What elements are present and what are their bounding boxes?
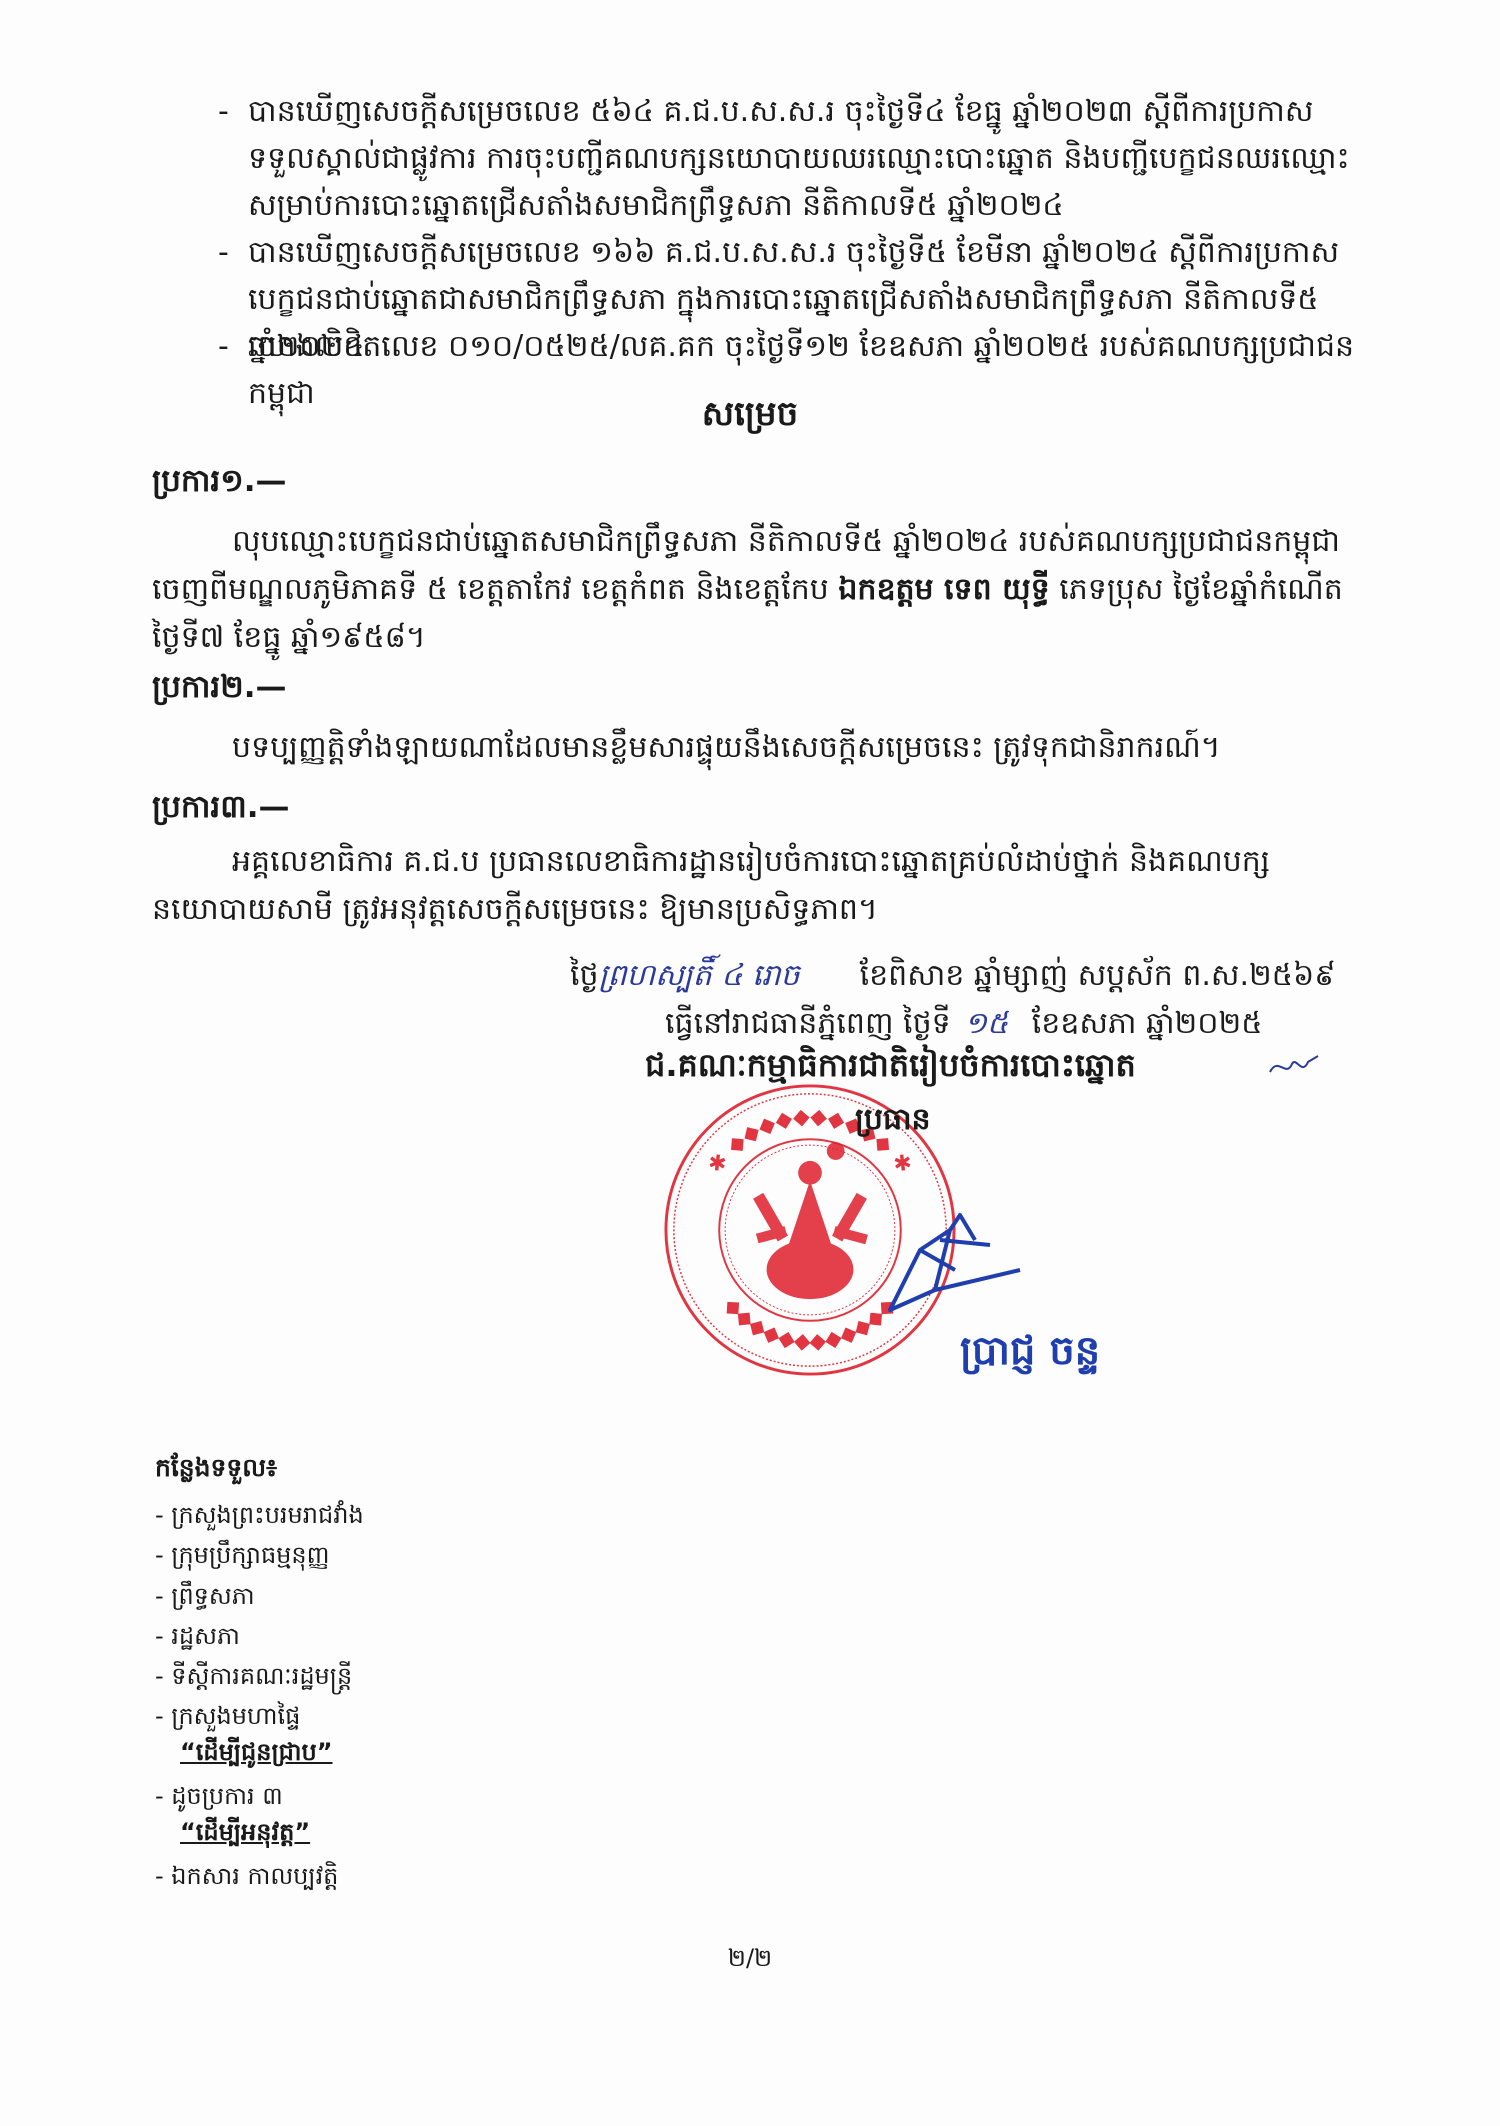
- reference-item: - បានឃើញសេចក្តីសម្រេចលេខ ៥៦៤ គ.ជ.ប.ស.ស.រ…: [218, 88, 1368, 229]
- recipient-item: - ឯកសារ កាលប្បវត្តិ: [155, 1858, 338, 1894]
- bullet-dash: -: [218, 323, 240, 370]
- initials-mark-icon: [1268, 1052, 1320, 1080]
- decision-title: សម្រេច: [0, 392, 1500, 442]
- article-3-text: អគ្គលេខាធិការ គ.ជ.ប ប្រធានលេខាធិការដ្ឋាន…: [152, 844, 1270, 927]
- article-3-body: អគ្គលេខាធិការ គ.ជ.ប ប្រធានលេខាធិការដ្ឋាន…: [152, 838, 1367, 934]
- place-date-suffix: ខែឧសភា ឆ្នាំ២០២៥: [1032, 1006, 1263, 1041]
- recipient-text: ឯកសារ កាលប្បវត្តិ: [171, 1862, 338, 1890]
- document-page: - បានឃើញសេចក្តីសម្រេចលេខ ៥៦៤ គ.ជ.ប.ស.ស.រ…: [0, 0, 1500, 2126]
- article-2-heading: ប្រការ២.—: [152, 668, 287, 713]
- lunar-date-line: ថ្ងៃព្រហស្បតិ៍ ៤ រោចខែពិសាខ ឆ្នាំម្សាញ់ …: [570, 952, 1335, 1000]
- signatory-name: ប្រាជ្ញ ចន្ទ: [960, 1325, 1100, 1384]
- recipient-note: “ដើម្បីអនុវត្ត”: [180, 1817, 310, 1852]
- svg-text:◆◆◆◆◆◆◆◆◆◆◆◆: ◆◆◆◆◆◆◆◆◆◆◆◆: [719, 1293, 902, 1355]
- place-date-line: ធ្វើនៅរាជធានីភ្នំពេញ ថ្ងៃទី ១៥ ខែឧសភា ឆ្…: [665, 1000, 1262, 1048]
- recipient-item: - ដូចប្រការ ៣: [155, 1778, 283, 1814]
- article-1-body: លុបឈ្មោះបេក្ខជនជាប់ឆ្នោតសមាជិកព្រឹទ្ធសភា…: [152, 518, 1367, 662]
- recipient-item: - ក្រសួងមហាផ្ទៃ: [155, 1698, 300, 1734]
- recipient-text: រដ្ឋសភា: [171, 1622, 240, 1650]
- recipient-note: “ដើម្បីជូនជ្រាប”: [180, 1737, 332, 1772]
- article-2-body: បទប្បញ្ញត្តិទាំងឡាយណាដែលមានខ្លឹមសារផ្ទុយ…: [152, 724, 1367, 772]
- signatory-title: ប្រធាន: [855, 1100, 931, 1144]
- recipient-text: ព្រឹទ្ធសភា: [171, 1582, 254, 1610]
- lunar-date-prefix: ថ្ងៃ: [570, 958, 599, 993]
- recipient-text: ក្រសួងមហាផ្ទៃ: [171, 1702, 300, 1730]
- article-1-person-name: ឯកឧត្តម ទេព យុទ្ធី: [838, 572, 1049, 607]
- bullet-dash: -: [218, 229, 240, 276]
- recipient-item: - ព្រឹទ្ធសភា: [155, 1578, 255, 1614]
- place-date-prefix: ធ្វើនៅរាជធានីភ្នំពេញ ថ្ងៃទី: [665, 1006, 951, 1041]
- article-2-text: បទប្បញ្ញត្តិទាំងឡាយណាដែលមានខ្លឹមសារផ្ទុយ…: [232, 730, 1221, 765]
- lunar-date-suffix: ខែពិសាខ ឆ្នាំម្សាញ់ សប្តស័ក ព.ស.២៥៦៩: [860, 958, 1336, 993]
- recipient-item: - រដ្ឋសភា: [155, 1618, 240, 1654]
- recipient-text: ដូចប្រការ ៣: [171, 1782, 282, 1810]
- place-date-day-handwritten: ១៥: [964, 1006, 1008, 1041]
- article-3-heading: ប្រការ៣.—: [152, 788, 290, 833]
- recipient-item: - ក្រសួងព្រះបរមរាជវាំង: [155, 1497, 364, 1533]
- page-number: ២/២: [0, 1943, 1500, 1978]
- recipient-text: ក្រសួងព្រះបរមរាជវាំង: [171, 1501, 363, 1529]
- reference-text: បានឃើញសេចក្តីសម្រេចលេខ ៥៦៤ គ.ជ.ប.ស.ស.រ ច…: [248, 88, 1368, 229]
- article-1-heading: ប្រការ១.—: [152, 462, 287, 507]
- lunar-date-handwritten: ព្រហស្បតិ៍ ៤ រោច: [599, 958, 800, 993]
- recipient-text: ក្រុមប្រឹក្សាធម្មនុញ្ញ: [171, 1541, 329, 1569]
- recipient-item: - ក្រុមប្រឹក្សាធម្មនុញ្ញ: [155, 1537, 330, 1573]
- bullet-dash: -: [218, 88, 240, 135]
- recipient-text: ទីស្តីការគណៈរដ្ឋមន្ត្រី: [171, 1662, 352, 1690]
- signature-icon: [880, 1210, 1030, 1320]
- signatory-institution: ជ.គណៈកម្មាធិការជាតិរៀបចំការបោះឆ្នោត: [645, 1045, 1136, 1092]
- recipient-item: - ទីស្តីការគណៈរដ្ឋមន្ត្រី: [155, 1658, 352, 1694]
- recipients-title: កន្លែងទទួល៖: [155, 1453, 277, 1489]
